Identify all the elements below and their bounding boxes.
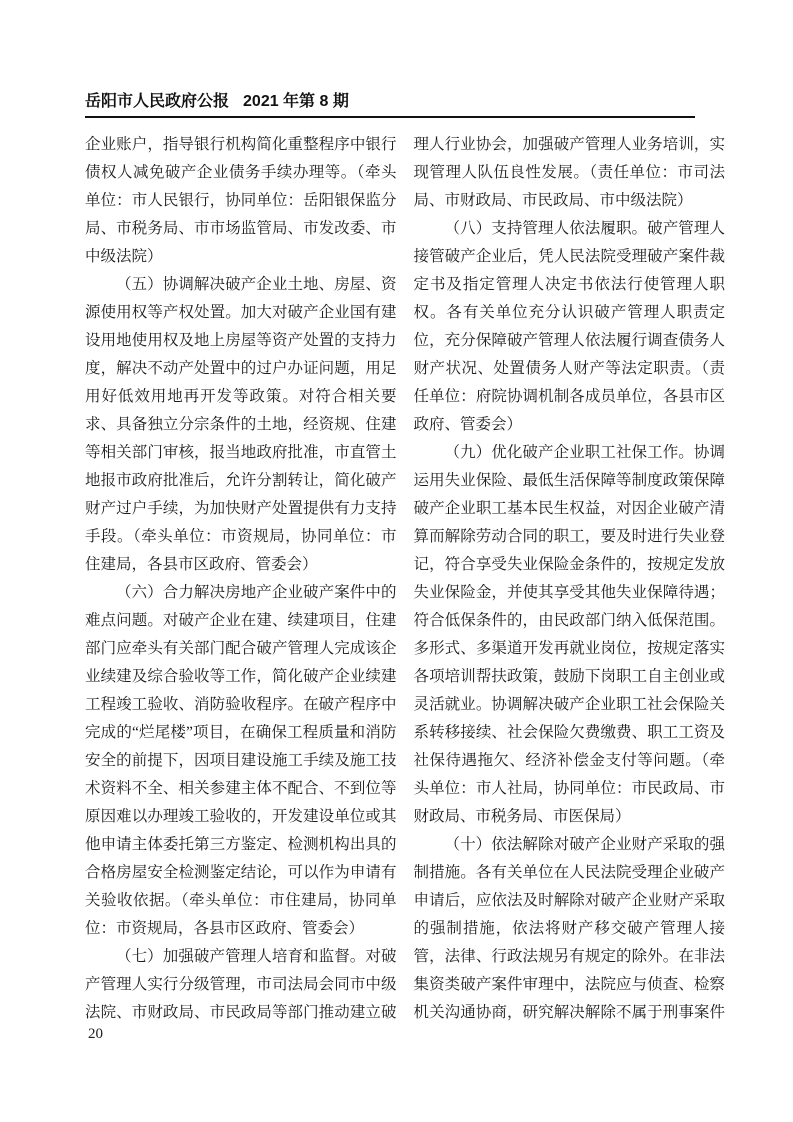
paragraph-item-7: （七）加强破产管理人培育和监督。对破产管理人实行分级管理，市司法局会同市中级法院… xyxy=(85,943,397,1031)
page-header: 岳阳市人民政府公报2021 年第 8 期 xyxy=(85,92,349,112)
gazette-page: 岳阳市人民政府公报2021 年第 8 期 企业账户，指导银行机构简化重整程序中银… xyxy=(0,0,793,1122)
gazette-title: 岳阳市人民政府公报 xyxy=(85,93,229,110)
paragraph-item-9: （九）优化破产企业职工社保工作。协调运用失业保险、最低生活保障等制度政策保障破产… xyxy=(414,439,726,831)
paragraph-item-6: （六）合力解决房地产企业破产案件中的难点问题。对破产企业在建、续建项目，住建部门… xyxy=(85,579,397,943)
paragraph-continuation-item-4: 企业账户，指导银行机构简化重整程序中银行债权人减免破产企业债务手续办理等。（牵头… xyxy=(85,131,397,271)
left-column: 企业账户，指导银行机构简化重整程序中银行债权人减免破产企业债务手续办理等。（牵头… xyxy=(85,131,397,1031)
right-column: 理人行业协会，加强破产管理人业务培训，实现管理人队伍良性发展。（责任单位：市司法… xyxy=(414,131,726,1031)
paragraph-item-10: （十）依法解除对破产企业财产采取的强制措施。各有关单位在人民法院受理企业破产申请… xyxy=(414,831,726,1031)
paragraph-item-5: （五）协调解决破产企业土地、房屋、资源使用权等产权处置。加大对破产企业国有建设用… xyxy=(85,271,397,579)
paragraph-continuation-item-7: 理人行业协会，加强破产管理人业务培训，实现管理人队伍良性发展。（责任单位：市司法… xyxy=(414,131,726,215)
header-rule xyxy=(85,116,695,118)
body-columns: 企业账户，指导银行机构简化重整程序中银行债权人减免破产企业债务手续办理等。（牵头… xyxy=(85,131,725,1031)
page-number: 20 xyxy=(88,1024,103,1044)
gazette-issue: 2021 年第 8 期 xyxy=(243,93,349,110)
paragraph-item-8: （八）支持管理人依法履职。破产管理人接管破产企业后，凭人民法院受理破产案件裁定书… xyxy=(414,215,726,439)
